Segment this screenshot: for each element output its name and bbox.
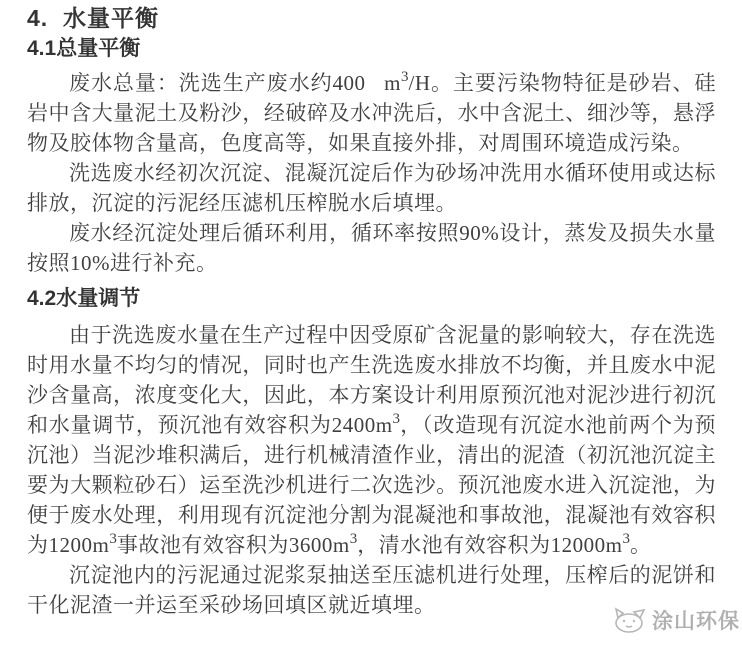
document-page: 4. 水量平衡 4.1总量平衡 废水总量：洗选生产废水约400 m3/H。主要污… — [0, 0, 742, 645]
subsection-title-4-1: 4.1总量平衡 — [27, 36, 716, 62]
paragraph-wastewater-total: 废水总量：洗选生产废水约400 m3/H。主要污染物特征是砂岩、硅岩中含大量泥土… — [27, 68, 716, 158]
paragraph-sludge-disposal: 沉淀池内的污泥通过泥浆泵抽送至压滤机进行处理，压榨后的泥饼和干化泥渣一并运至采砂… — [27, 560, 716, 620]
section-title-water-balance: 4. 水量平衡 — [27, 4, 716, 32]
subsection-title-4-2: 4.2水量调节 — [27, 286, 716, 312]
paragraph-sedimentation-reuse: 洗选废水经初次沉淀、混凝沉淀后作为砂场冲洗用水循环使用或达标排放，沉淀的污泥经压… — [27, 158, 716, 218]
paragraph-volume-regulation: 由于洗选废水量在生产过程中因受原矿含泥量的影响较大，存在洗选时用水量不均匀的情况… — [27, 320, 716, 560]
paragraph-recycle-rate: 废水经沉淀处理后循环利用，循环率按照90%设计，蒸发及损失水量按照10%进行补充… — [27, 218, 716, 278]
